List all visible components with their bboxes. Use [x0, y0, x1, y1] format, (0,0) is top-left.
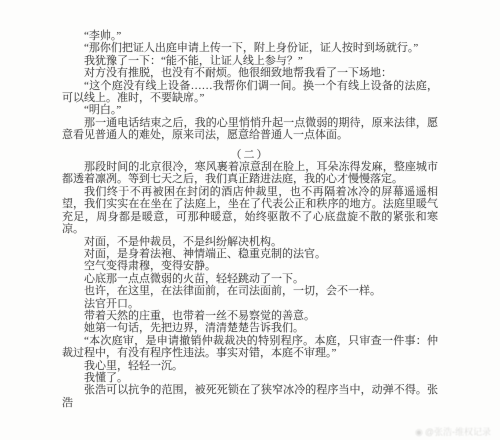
paragraph: 空气变得肃穆，变得安静。 [62, 260, 438, 272]
paragraph: 对方没有推脱，也没有不耐烦。他很细致地帮我看了一下场地： [62, 67, 438, 79]
paragraph: 法官开口。 [62, 298, 438, 310]
paragraph: 她第一句话，先把边界，清清楚楚告诉我们。 [62, 322, 438, 334]
paragraph: 我懂了。 [62, 372, 438, 384]
paragraph: “李帅。” [62, 30, 438, 42]
paragraph: 张浩可以抗争的范围，被死死锁在了狭窄冰冷的程序当中，动弹不得。张浩 [62, 384, 438, 409]
paragraph: 那段时间的北京很冷，寒风裹着凉意刮在脸上，耳朵冻得发麻，整座城市都透着凛冽。等到… [62, 161, 438, 186]
paragraph: 也许，在这里，在法律面前，在司法面前，一切，会不一样。 [62, 285, 438, 297]
paragraph: “那你们把证人出庭申请上传一下，附上身份证，证人按时到场就行。” [62, 42, 438, 54]
paragraph: “本次庭审，是申请撤销仲裁裁决的特别程序。本庭，只审查一件事：仲裁过程中，有没有… [62, 335, 438, 360]
paragraph: “这个庭没有线上设备……我帮你们调一间。换一个有线上设备的法庭，可以线上。准时，… [62, 80, 438, 105]
document-page: “李帅。”“那你们把证人出庭申请上传一下，附上身份证，证人按时到场就行。”我犹豫… [0, 0, 500, 440]
paragraph: 我心里，轻轻一沉。 [62, 360, 438, 372]
section-heading: （二） [62, 149, 438, 161]
paragraph: 对面，是身着法袍、神情端正、稳重克制的法官。 [62, 248, 438, 260]
paragraph: 我犹豫了一下：“能不能，让证人线上参与？” [62, 55, 438, 67]
weibo-eye-icon: ◉ [415, 427, 423, 437]
watermark-text: @张浩-维权记录 [425, 427, 491, 437]
paragraph: 对面，不是仲裁员，不是纠纷解决机构。 [62, 236, 438, 248]
paragraph: 我们终于不再被困在封闭的酒店仲裁里，也不再隔着冰冷的屏幕遥遥相望，我们实实在在坐… [62, 186, 438, 236]
paragraph: 带着天然的庄重，也带着一丝不易察觉的善意。 [62, 310, 438, 322]
paragraph: 心底那一点点微弱的火苗，轻轻跳动了一下。 [62, 273, 438, 285]
page-text: “李帅。”“那你们把证人出庭申请上传一下，附上身份证，证人按时到场就行。”我犹豫… [62, 30, 438, 409]
weibo-watermark: ◉ @张浩-维权记录 [415, 427, 491, 437]
paragraph: 那一通电话结束之后，我的心里悄悄升起一点微弱的期待，原来法律，愿意看见普通人的难… [62, 117, 438, 142]
paragraph: “明白。” [62, 104, 438, 116]
